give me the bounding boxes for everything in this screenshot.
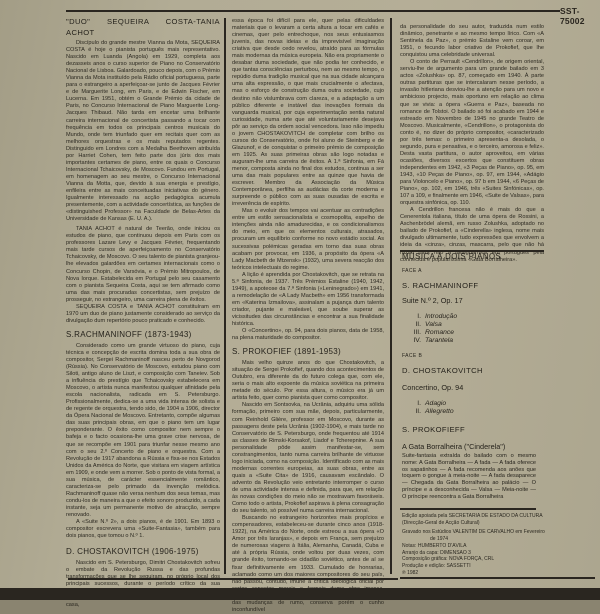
paragraph: SEQUEIRA COSTA e TANIA ACHOT constituíra… [66, 304, 220, 325]
column-divider-2 [390, 18, 392, 574]
table-edge-shadow [0, 588, 600, 600]
paragraph: Mas o evoluir dos tempos vai acentuar as… [232, 208, 384, 271]
side-b-label: FACE B [402, 353, 592, 359]
copyright-line: ℗ 1982 [402, 570, 592, 577]
credits: Edição apoiada pela SECRETARIA DE ESTADO… [402, 513, 592, 576]
side-a-label: FACE A [402, 268, 592, 274]
credit-line: Notas: HUMBERTO D'ÁVILA [402, 543, 592, 550]
paragraph: A lição é aprendida por Chostakovitch, q… [232, 272, 384, 328]
side-b2-description: Suite-fantasia extraída do bailado com o… [402, 453, 536, 501]
paragraph: Discípulo do grande mestre Vianna da Mot… [66, 40, 220, 223]
catalog-number: SST-75002 [560, 6, 600, 26]
column-2: essa época foi difícil para ele, quer pe… [232, 18, 384, 600]
movement-item: I.Adagio [402, 400, 592, 407]
duo-heading: "DUO" SEQUEIRA COSTA-TANIA ACHOT [66, 16, 220, 38]
paragraph: da personalidade do seu autor, traduzida… [400, 24, 544, 59]
credit-line: Edição apoiada pela SECRETARIA DE ESTADO… [402, 513, 592, 520]
top-rule [66, 10, 560, 12]
paragraph: Considerado como um grande virtuoso do p… [66, 343, 220, 519]
record-sleeve-back: SST-75002 "DUO" SEQUEIRA COSTA-TANIA ACH… [0, 0, 600, 592]
paragraph: A «Suite N.º 2», a dois pianos, é de 190… [66, 519, 220, 540]
credit-line: Gravado nos Estúdios VALENTIM DE CARVALH… [402, 529, 592, 536]
credit-line: de 1974 [402, 536, 592, 543]
side-b2-work: A Gata Borralheira ("Cinderela") [402, 442, 592, 451]
credit-line: Arranjo da capa: DIMENSÃO 3 [402, 550, 592, 557]
movement-item: II.Valsa [402, 321, 592, 328]
prokofief-heading: S. PROKOFIEF (1891-1953) [232, 346, 384, 357]
side-b2-composer: S. PROKOFIEFF [402, 425, 592, 434]
column-1: "DUO" SEQUEIRA COSTA-TANIA ACHOT Discípu… [66, 16, 220, 600]
side-a-work: Suite N.º 2, Op. 17 [402, 296, 592, 305]
tracklist: MÚSICA A DOIS PIANOS FACE A S. RACHMANIN… [402, 252, 592, 501]
column-3: da personalidade do seu autor, traduzida… [400, 24, 544, 264]
credit-line: Produção e edição: SASSETTI [402, 563, 592, 570]
paragraph: O conto de Perrault «Cendrillon», de ori… [400, 59, 544, 207]
paragraph: essa época foi difícil para ele, quer pe… [232, 18, 384, 208]
side-b-work: Concertino, Op. 94 [402, 383, 592, 392]
movement-item: IV.Tarantela [402, 337, 592, 344]
movement-item: I.Introdução [402, 313, 592, 320]
rachmaninoff-heading: S.RACHMANINOFF (1873-1943) [66, 329, 220, 340]
side-b-composer: D. CHOSTAKOVITCH [402, 366, 592, 375]
paragraph: Nascido em Sontsovka, na Ucrânia, adquir… [232, 402, 384, 515]
column-divider-1 [224, 18, 226, 574]
movement-item: II.Allegretto [402, 408, 592, 415]
paragraph: TANIA ACHOT é natural de Teerão, onde in… [66, 226, 220, 304]
side-a-composer: S. RACHMANINOFF [402, 281, 592, 290]
paragraph: O «Concertino», op. 94, para dois pianos… [232, 328, 384, 342]
chostakovitch-heading: D. CHOSTAKOVITCH (1906-1975) [66, 546, 220, 557]
paragraph: Mais velho quinze anos do que Chostakovi… [232, 360, 384, 402]
movement-item: III.Romance [402, 329, 592, 336]
bottom-rule-right [400, 577, 595, 579]
tracklist-title: MÚSICA A DOIS PIANOS [402, 252, 592, 261]
credit-line: Composição gráfica: NOVA FORÇA, CRL [402, 556, 592, 563]
credits-top-rule [400, 508, 536, 510]
credit-line: (Direcção-Geral de Acção Cultural) [402, 520, 592, 527]
